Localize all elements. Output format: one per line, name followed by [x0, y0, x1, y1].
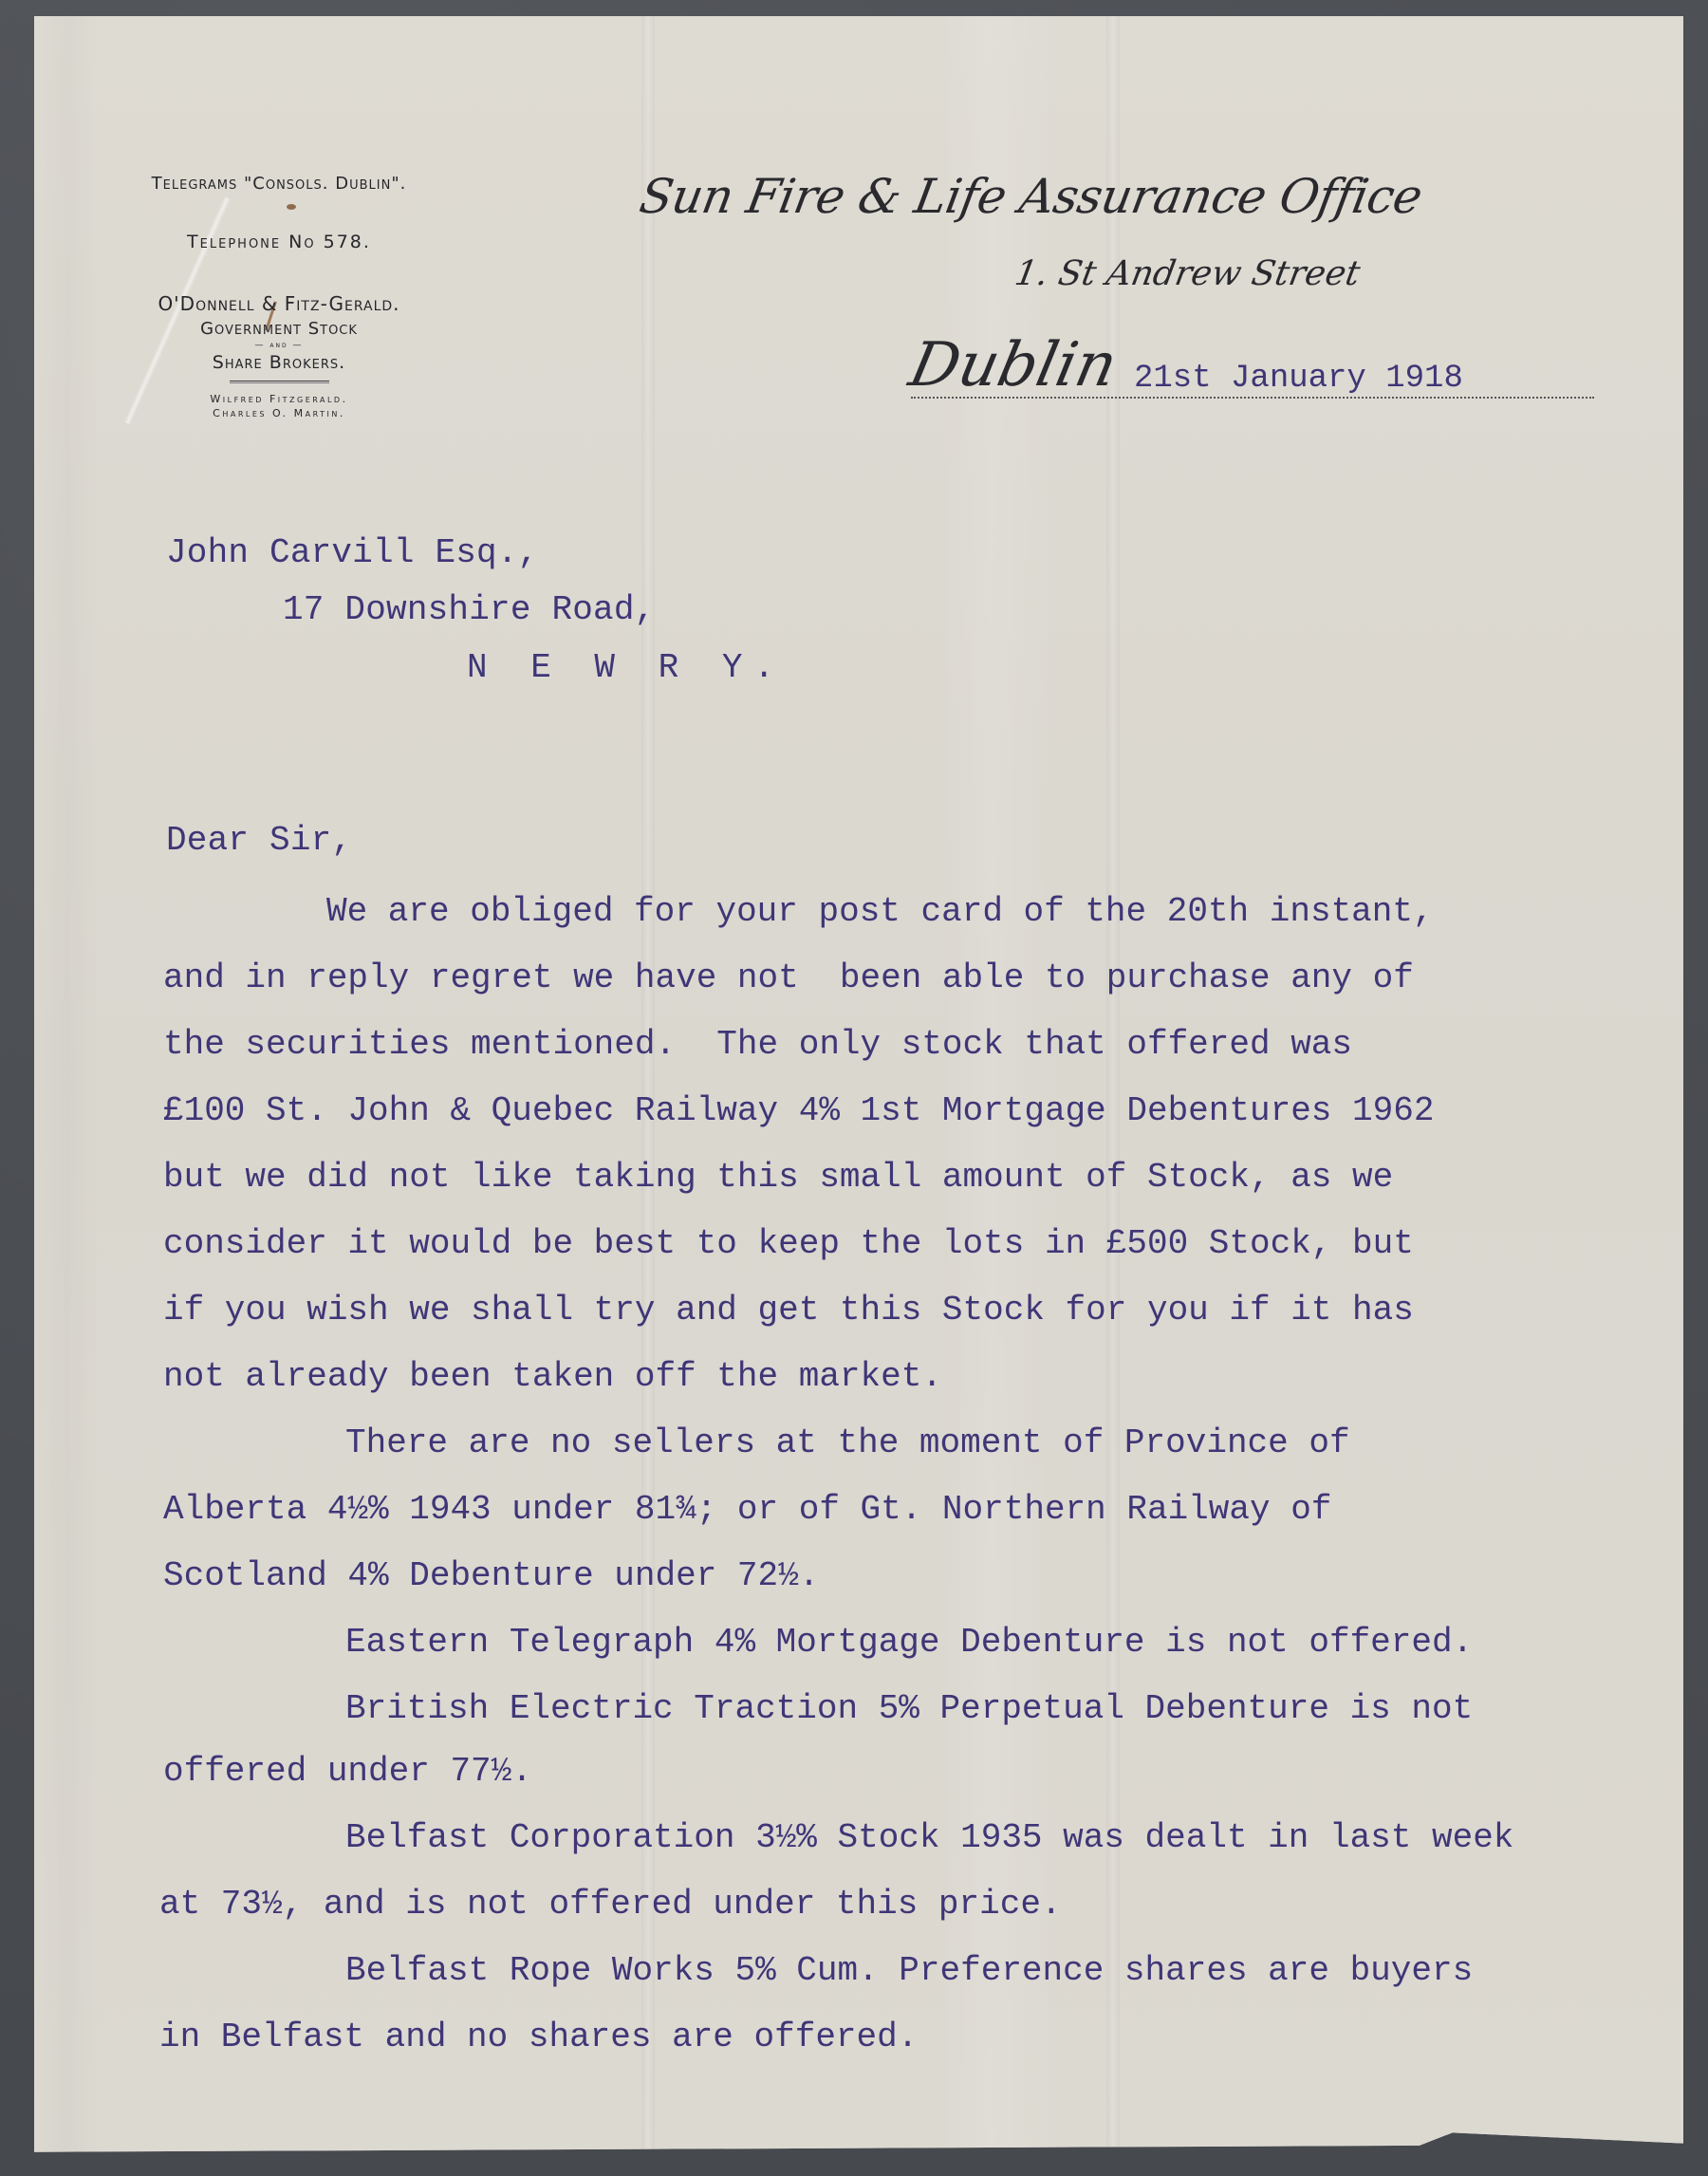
firm-name: O'Donnell & Fitz-Gerald.	[80, 292, 478, 315]
partner-name: Wilfred Fitzgerald.	[80, 393, 478, 405]
letterhead-divider	[230, 381, 329, 383]
letter-date: 21st January 1918	[1134, 361, 1463, 397]
business-line-2: Share Brokers.	[80, 352, 478, 373]
body-line: the securities mentioned. The only stock…	[163, 1025, 1352, 1064]
telephone-number: Telephone No 578.	[80, 232, 478, 252]
business-line-1: Government Stock	[80, 319, 478, 339]
office-name: Sun Fire & Life Assurance Office	[636, 169, 1426, 224]
salutation: Dear Sir,	[166, 821, 352, 860]
body-line: Belfast Corporation 3½% Stock 1935 was d…	[345, 1818, 1513, 1857]
body-line: but we did not like taking this small am…	[163, 1158, 1393, 1197]
office-street: 1. St Andrew Street	[1012, 254, 1363, 293]
partner-name: Charles O. Martin.	[80, 407, 478, 419]
business-and: — and —	[80, 341, 478, 350]
body-line: offered under 77½.	[163, 1752, 532, 1791]
body-line: in Belfast and no shares are offered.	[159, 2018, 918, 2056]
body-line: at 73½, and is not offered under this pr…	[159, 1885, 1062, 1924]
office-city: Dublin	[903, 330, 1123, 400]
recipient-town: N E W R Y.	[467, 648, 786, 687]
body-line: British Electric Traction 5% Perpetual D…	[345, 1689, 1473, 1728]
recipient-name: John Carvill Esq.,	[166, 533, 538, 572]
body-line: if you wish we shall try and get this St…	[163, 1291, 1414, 1330]
body-line: Eastern Telegraph 4% Mortgage Debenture …	[345, 1623, 1473, 1662]
body-line: We are obliged for your post card of the…	[326, 892, 1434, 931]
body-line: £100 St. John & Quebec Railway 4% 1st Mo…	[163, 1091, 1434, 1130]
letterhead-firm-block: Telegrams "Consols. Dublin". Telephone N…	[80, 174, 478, 419]
body-line: Scotland 4% Debenture under 72½.	[163, 1556, 819, 1595]
body-line: and in reply regret we have not been abl…	[163, 958, 1414, 997]
recipient-street: 17 Downshire Road,	[283, 590, 655, 629]
telegrams-address: Telegrams "Consols. Dublin".	[80, 174, 478, 194]
body-line: There are no sellers at the moment of Pr…	[345, 1423, 1350, 1462]
body-line: consider it would be best to keep the lo…	[163, 1224, 1414, 1263]
body-line: not already been taken off the market.	[163, 1357, 942, 1396]
body-line: Alberta 4½% 1943 under 81¾; or of Gt. No…	[163, 1490, 1331, 1529]
date-dotted-line	[911, 397, 1594, 399]
body-line: Belfast Rope Works 5% Cum. Preference sh…	[345, 1951, 1473, 1990]
